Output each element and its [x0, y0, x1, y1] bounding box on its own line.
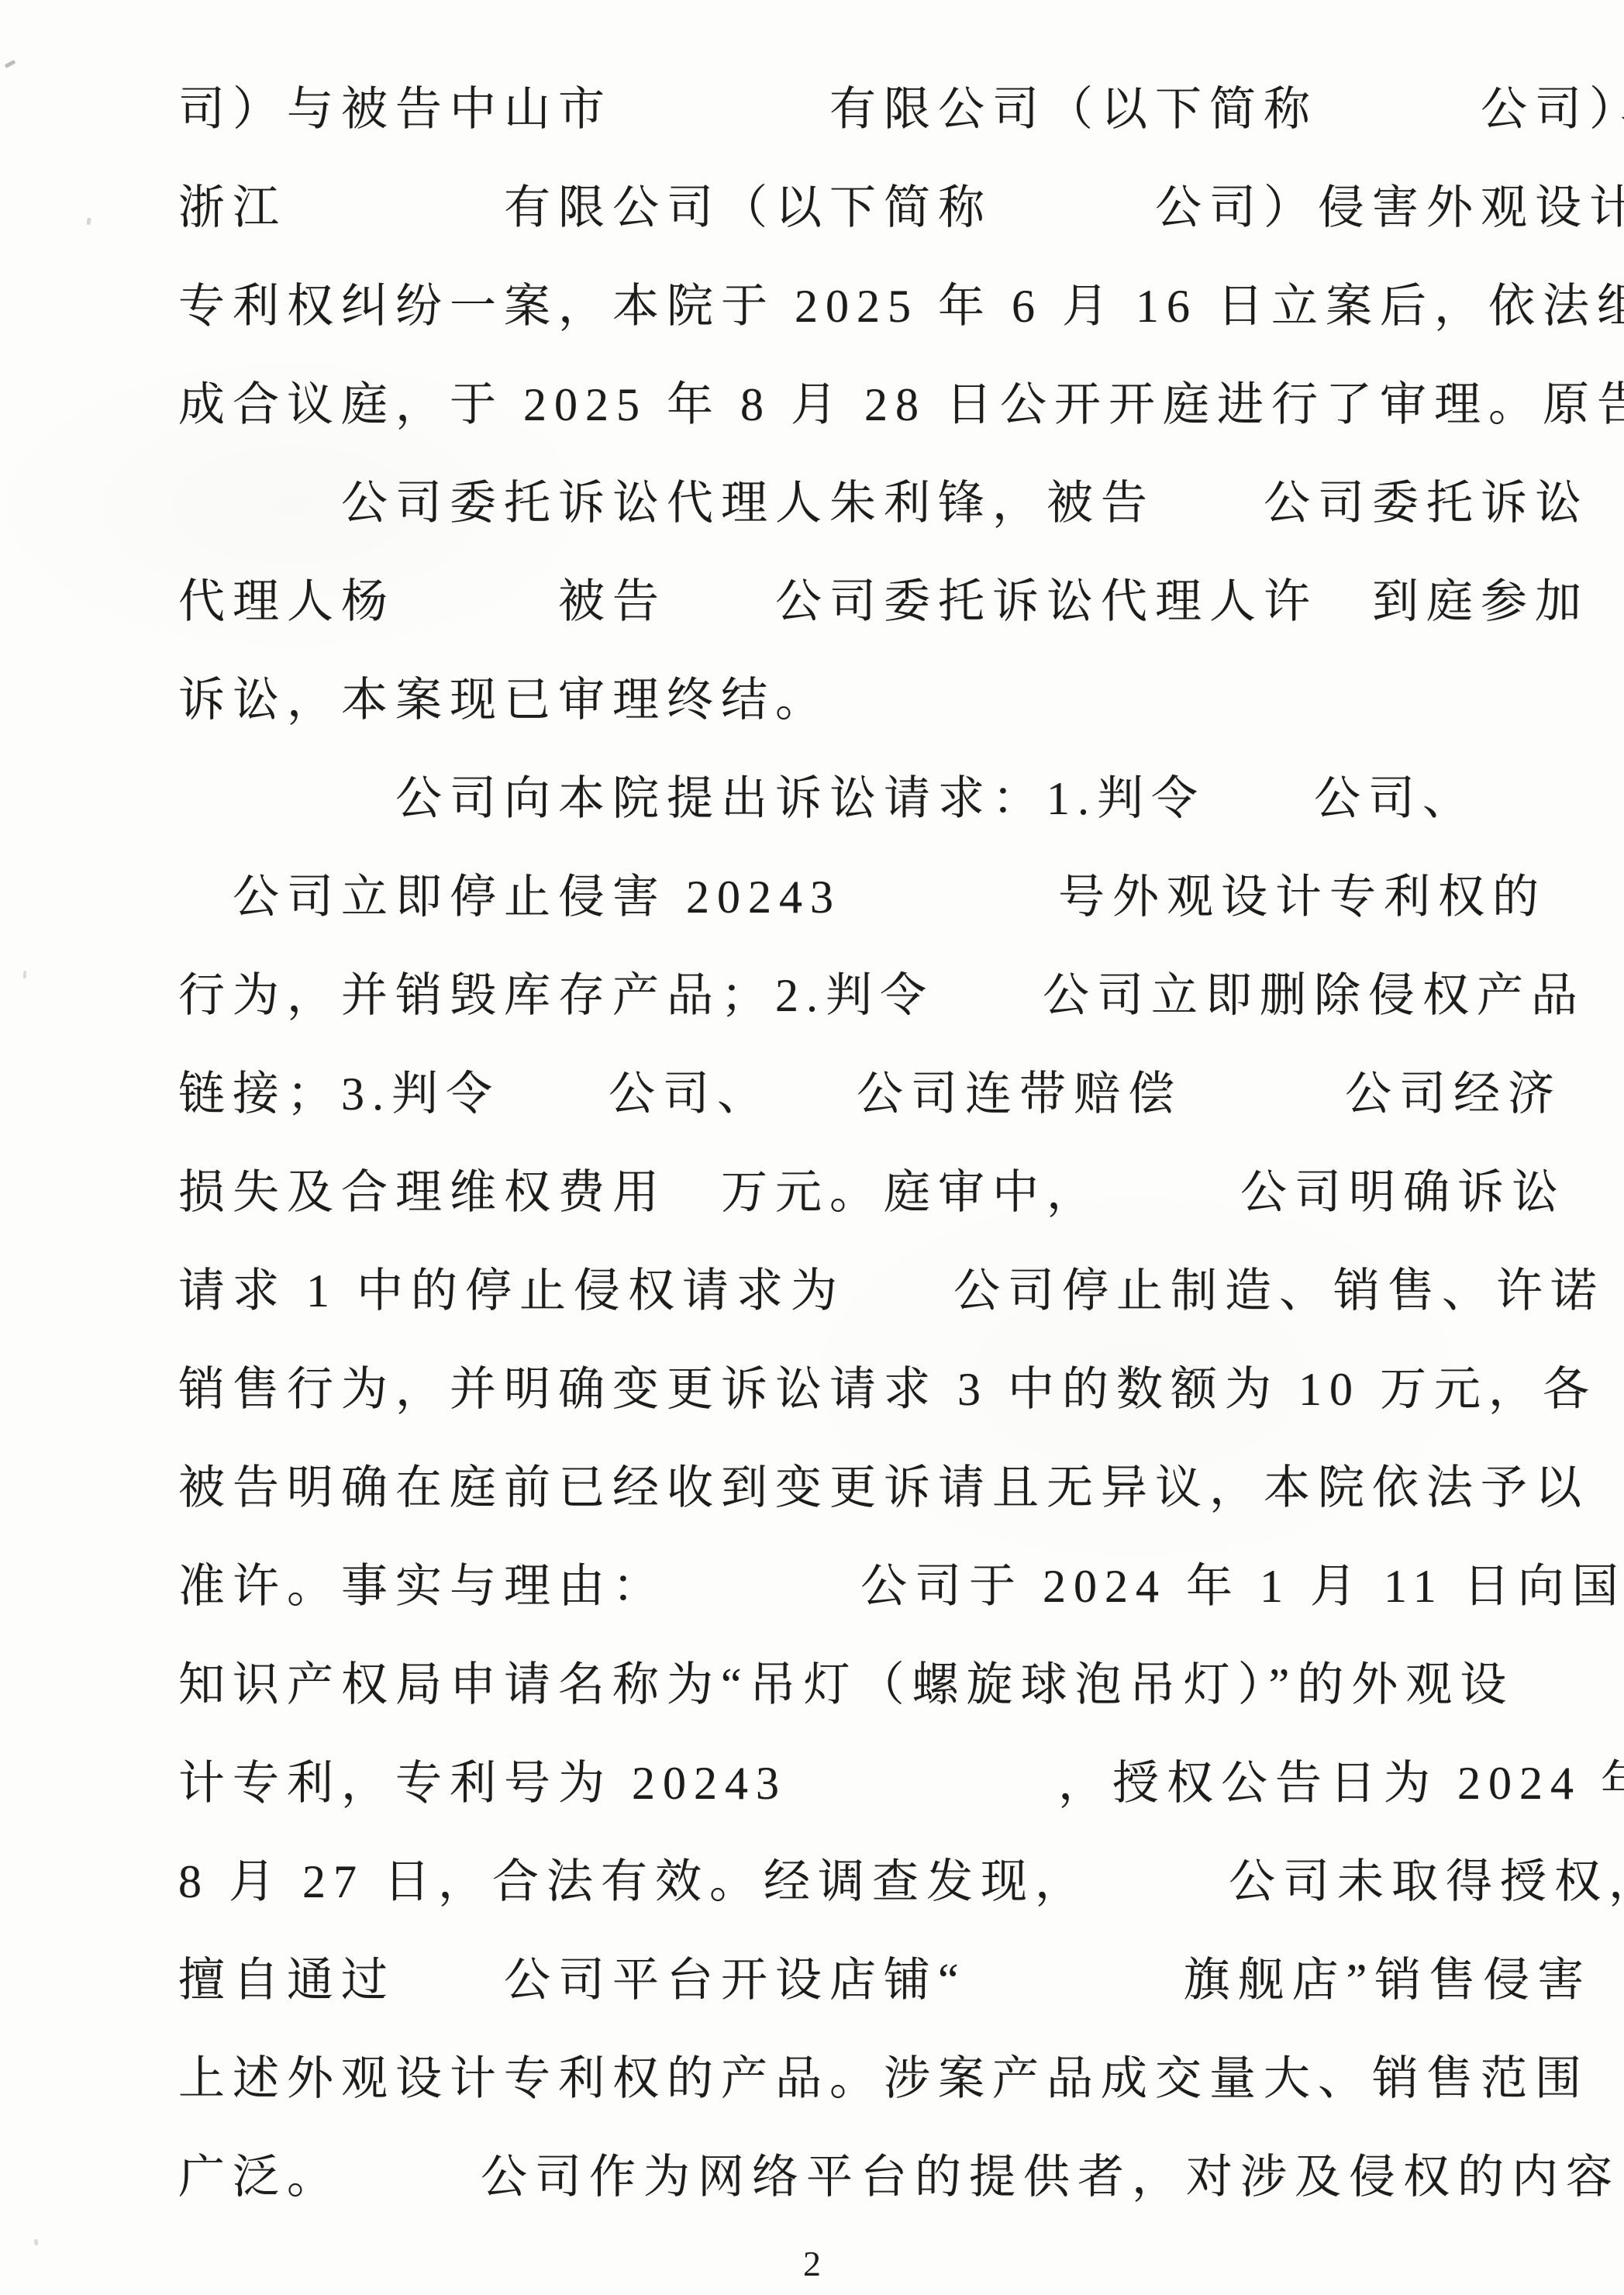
text-line: 公司委托诉讼代理人朱利锋，被告 公司委托诉讼 [178, 454, 1519, 553]
scan-speck [23, 971, 27, 978]
text-line: 司）与被告中山市 有限公司（以下简称 公司）、 [178, 60, 1519, 159]
page-number: 2 [0, 2243, 1624, 2284]
text-line: 准许。事实与理由： 公司于 2024 年 1 月 11 日向国家 [178, 1537, 1519, 1636]
text-line: 知识产权局申请名称为“吊灯（螺旋球泡吊灯）”的外观设 [178, 1636, 1519, 1734]
text-line: 成合议庭，于 2025 年 8 月 28 日公开开庭进行了审理。原告 [178, 356, 1519, 454]
text-line: 代理人杨 被告 公司委托诉讼代理人许 到庭参加 [178, 553, 1519, 651]
text-line: 请求 1 中的停止侵权请求为 公司停止制造、销售、许诺 [178, 1242, 1519, 1341]
text-line: 专利权纠纷一案，本院于 2025 年 6 月 16 日立案后，依法组 [178, 257, 1519, 356]
text-line: 被告明确在庭前已经收到变更诉请且无异议，本院依法予以 [178, 1439, 1519, 1537]
text-line: 损失及合理维权费用 万元。庭审中， 公司明确诉讼 [178, 1144, 1519, 1242]
text-line: 销售行为，并明确变更诉讼请求 3 中的数额为 10 万元，各 [178, 1341, 1519, 1439]
text-line: 擅自通过 公司平台开设店铺“ 旗舰店”销售侵害 [178, 1931, 1519, 2030]
text-line: 上述外观设计专利权的产品。涉案产品成交量大、销售范围 [178, 2030, 1519, 2128]
text-line: 公司向本院提出诉讼请求：1.判令 公司、 [178, 750, 1519, 848]
text-line: 广泛。 公司作为网络平台的提供者，对涉及侵权的内容 [178, 2128, 1519, 2227]
text-line: 计专利，专利号为 20243 ，授权公告日为 2024 年 [178, 1734, 1519, 1833]
text-line: 行为，并销毁库存产品；2.判令 公司立即删除侵权产品 [178, 947, 1519, 1045]
text-line: 链接；3.判令 公司、 公司连带赔偿 公司经济 [178, 1045, 1519, 1144]
judgment-body-text: 司）与被告中山市 有限公司（以下简称 公司）、 浙江 有限公司（以下简称 公司）… [178, 60, 1519, 2227]
scan-speck [5, 60, 16, 68]
text-line: 公司立即停止侵害 20243 号外观设计专利权的 [178, 848, 1519, 947]
scan-speck [86, 218, 91, 226]
text-line: 浙江 有限公司（以下简称 公司）侵害外观设计 [178, 159, 1519, 257]
document-page: 司）与被告中山市 有限公司（以下简称 公司）、 浙江 有限公司（以下简称 公司）… [0, 0, 1624, 2295]
text-line: 诉讼，本案现已审理终结。 [178, 651, 1519, 750]
text-line: 8 月 27 日，合法有效。经调查发现， 公司未取得授权， [178, 1833, 1519, 1931]
